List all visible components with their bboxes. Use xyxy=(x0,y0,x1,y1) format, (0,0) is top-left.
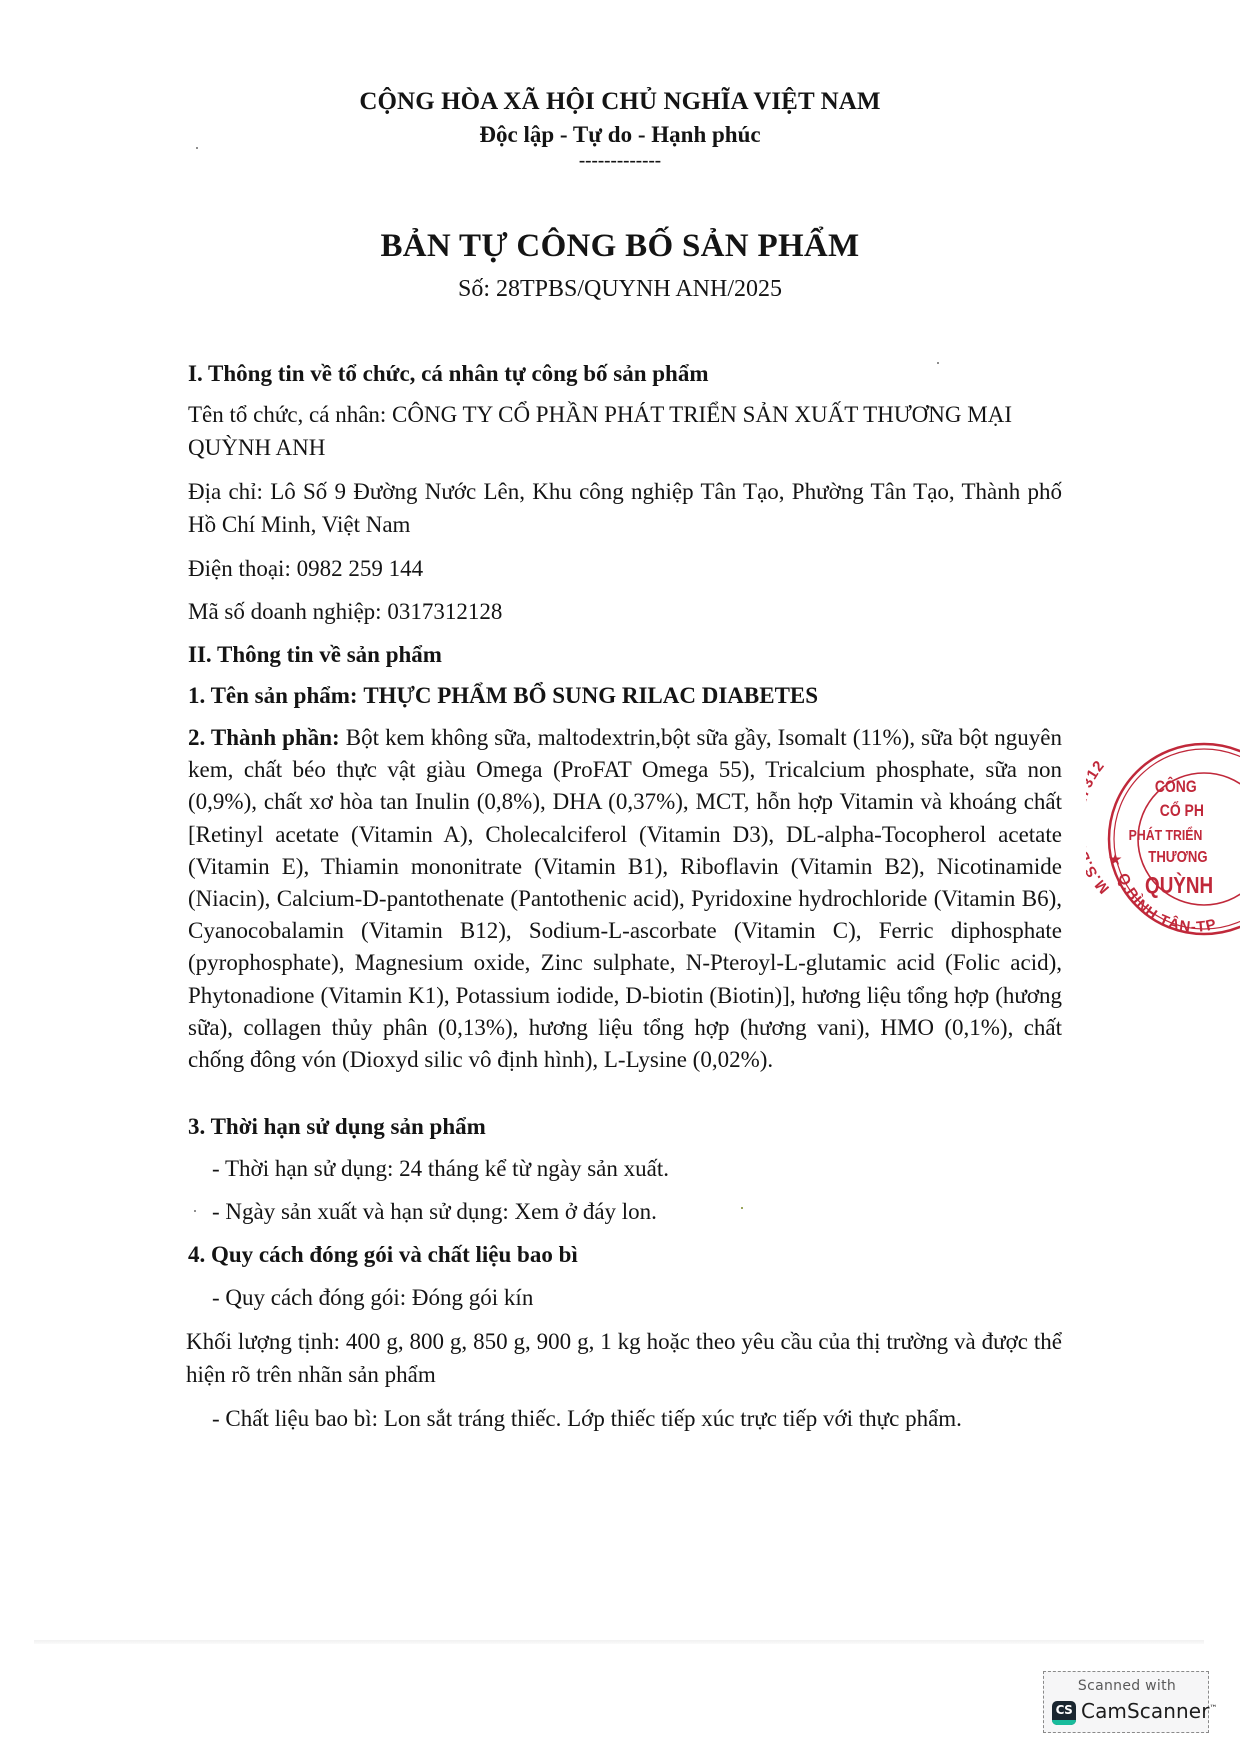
camscanner-logo-icon: CS xyxy=(1052,1701,1076,1725)
product-name-value: THỰC PHẨM BỔ SUNG RILAC DIABETES xyxy=(363,683,818,708)
document-number: Số: 28TPBS/QUYNH ANH/2025 xyxy=(0,276,1240,303)
packaging-material: - Chất liệu bao bì: Lon sắt tráng thiếc.… xyxy=(212,1406,962,1432)
section1-heading: I. Thông tin về tổ chức, cá nhân tự công… xyxy=(188,361,709,387)
stamp-line-5: QUỲNH xyxy=(1145,872,1213,898)
national-header: CỘNG HÒA XÃ HỘI CHỦ NGHĨA VIỆT NAM xyxy=(0,88,1240,116)
document-title: BẢN TỰ CÔNG BỐ SẢN PHẨM xyxy=(0,228,1240,265)
ingredients-field: 2. Thành phần: Bột kem không sữa, maltod… xyxy=(188,722,1062,1076)
camscanner-watermark: Scanned with CS CamScanner™ xyxy=(1043,1671,1209,1733)
product-name-field: 1. Tên sản phẩm: THỰC PHẨM BỔ SUNG RILAC… xyxy=(188,683,818,709)
scan-bottom-edge xyxy=(34,1640,1204,1644)
address-value: Lô Số 9 Đường Nước Lên, Khu công nghiệp … xyxy=(188,479,1062,537)
stamp-line-3: PHÁT TRIỂN xyxy=(1129,825,1203,844)
shelf-life-heading: 3. Thời hạn sử dụng sản phẩm xyxy=(188,1114,486,1140)
address-field: Địa chỉ: Lô Số 9 Đường Nước Lên, Khu côn… xyxy=(188,476,1062,541)
packaging-heading: 4. Quy cách đóng gói và chất liệu bao bì xyxy=(188,1242,578,1268)
address-label: Địa chỉ: xyxy=(188,479,263,504)
stamp-line-1: CÔNG xyxy=(1155,777,1197,797)
scan-speck xyxy=(741,1207,743,1209)
tax-code-field: Mã số doanh nghiệp: 0317312128 xyxy=(188,599,502,625)
scanned-with-label: Scanned with xyxy=(1044,1678,1210,1694)
ingredients-value: Bột kem không sữa, maltodextrin,bột sữa … xyxy=(188,725,1062,1072)
header-separator: ------------- xyxy=(0,150,1240,172)
production-date-item: - Ngày sản xuất và hạn sử dụng: Xem ở đá… xyxy=(212,1199,657,1225)
product-name-label: 1. Tên sản phẩm: xyxy=(188,683,358,708)
scan-speck xyxy=(937,362,939,364)
tax-code-value: 0317312128 xyxy=(387,599,502,624)
ingredients-label: 2. Thành phần: xyxy=(188,725,340,750)
phone-label: Điện thoại: xyxy=(188,556,291,581)
phone-value: 0982 259 144 xyxy=(297,556,424,581)
company-stamp: M.S.D.N:0317312 ★ Q.BÌNH TÂN-TP CÔNG CỔ … xyxy=(1086,738,1240,938)
section2-heading: II. Thông tin về sản phẩm xyxy=(188,642,442,668)
document-page: CỘNG HÒA XÃ HỘI CHỦ NGHĨA VIỆT NAM Độc l… xyxy=(0,0,1240,1755)
packaging-spec: - Quy cách đóng gói: Đóng gói kín xyxy=(212,1285,533,1311)
phone-field: Điện thoại: 0982 259 144 xyxy=(188,556,423,582)
net-weight: Khối lượng tịnh: 400 g, 800 g, 850 g, 90… xyxy=(186,1326,1062,1391)
star-icon: ★ xyxy=(1109,851,1122,867)
camscanner-app-name: CamScanner™ xyxy=(1081,1699,1218,1723)
scan-speck xyxy=(194,1210,196,1212)
stamp-line-4: THƯƠNG xyxy=(1148,849,1207,866)
scan-speck xyxy=(196,147,198,149)
shelf-life-item: - Thời hạn sử dụng: 24 tháng kể từ ngày … xyxy=(212,1156,669,1182)
stamp-line-2: CỔ PH xyxy=(1160,801,1204,821)
tax-code-label: Mã số doanh nghiệp: xyxy=(188,599,382,624)
national-motto: Độc lập - Tự do - Hạnh phúc xyxy=(0,122,1240,148)
org-name-field: Tên tổ chức, cá nhân: CÔNG TY CỔ PHẦN PH… xyxy=(188,399,1062,464)
org-name-label: Tên tổ chức, cá nhân: xyxy=(188,402,386,427)
